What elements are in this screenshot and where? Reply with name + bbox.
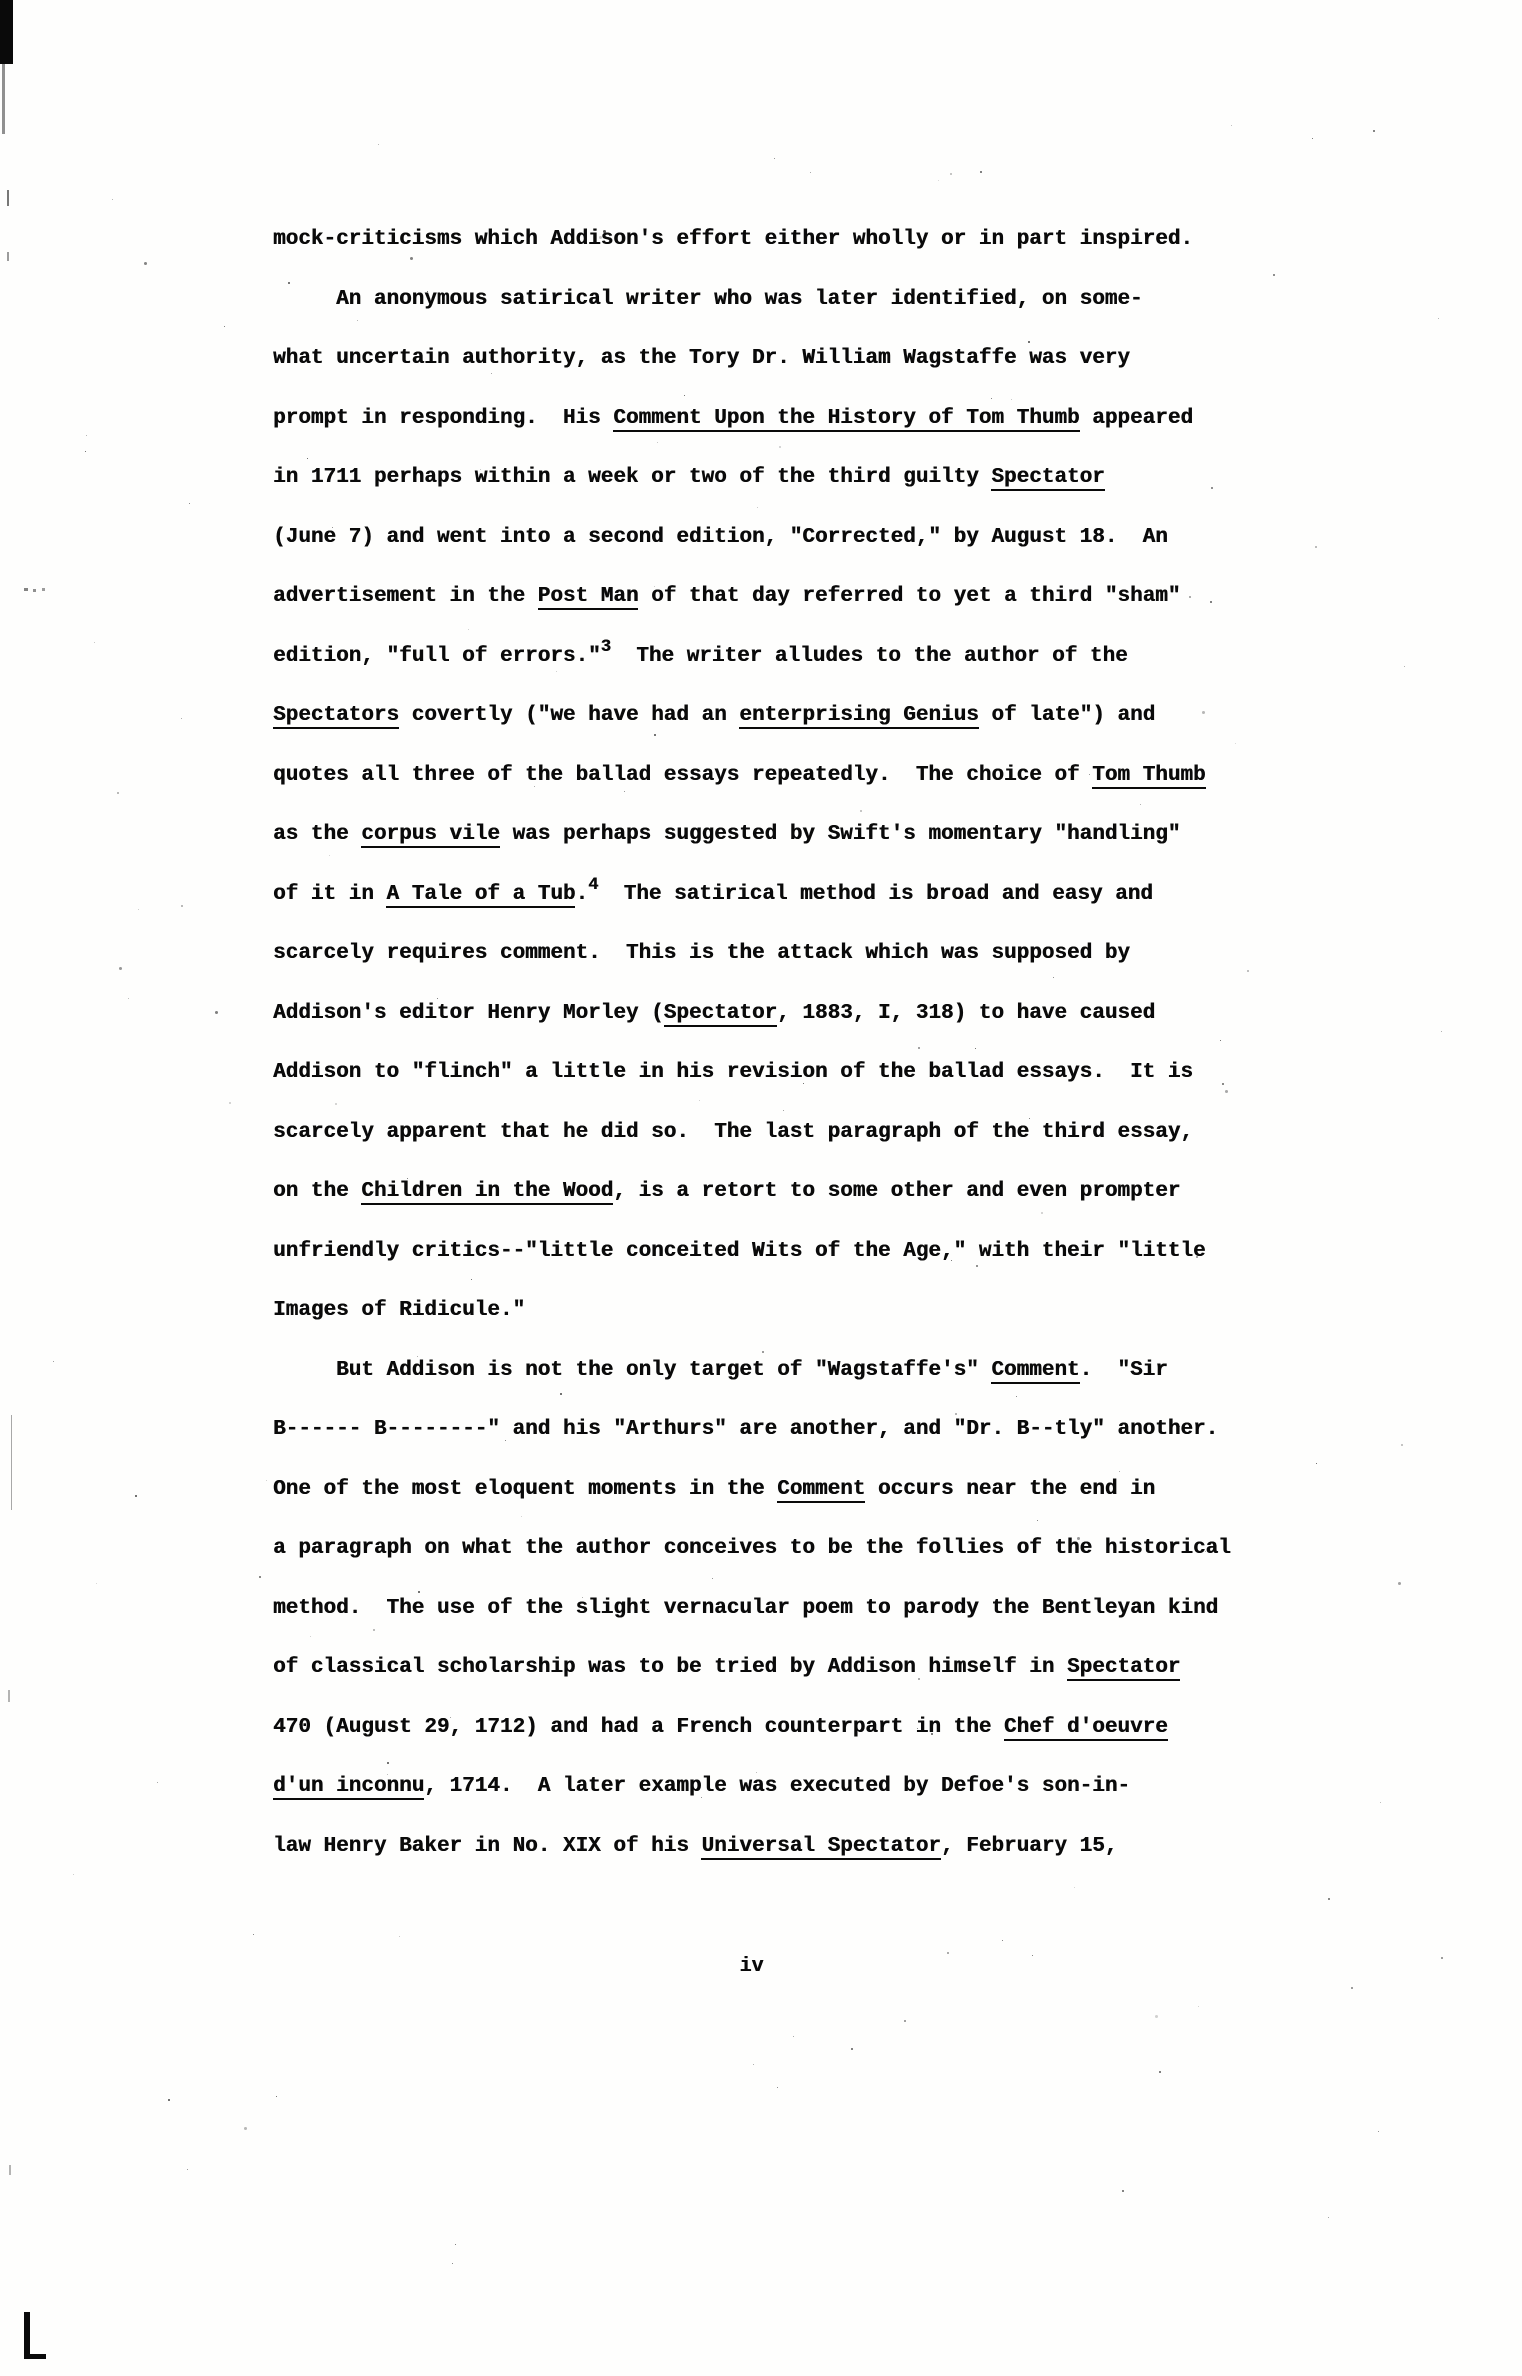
footnote-ref: 4	[588, 876, 598, 895]
text-segment: unfriendly critics--"little conceited Wi…	[273, 1240, 1206, 1263]
text-line: Images of Ridicule."	[273, 1281, 1231, 1341]
text-segment: The satirical method is broad and easy a…	[598, 883, 1153, 906]
scan-mark	[7, 252, 9, 261]
scan-speck	[259, 1576, 261, 1578]
scan-speck	[112, 199, 113, 200]
text-segment: of that day referred to yet a third "sha…	[638, 585, 1180, 608]
text-segment: edition, "full of errors."	[273, 645, 601, 668]
text-segment: mock-criticisms which Addison's effort e…	[273, 228, 1193, 251]
text-line: method. The use of the slight vernacular…	[273, 1579, 1231, 1639]
scan-speck	[181, 718, 182, 719]
underlined-title-text: Universal Spectator	[701, 1835, 940, 1860]
text-segment: , 1883, I, 318) to have caused	[777, 1002, 1155, 1025]
scan-speck	[1373, 130, 1375, 132]
scan-speck	[73, 1874, 74, 1875]
text-line: scarcely requires comment. This is the a…	[273, 924, 1231, 984]
scan-speck	[1328, 1898, 1330, 1900]
text-line: advertisement in the Post Man of that da…	[273, 567, 1231, 627]
scan-speck	[138, 909, 139, 910]
scan-speck	[181, 905, 183, 907]
text-segment: , 1714. A later example was executed by …	[424, 1775, 1130, 1798]
scan-speck	[1074, 1887, 1075, 1888]
underlined-title-text: Comment Upon the History of Tom Thumb	[613, 407, 1079, 432]
scan-speck	[1235, 743, 1236, 744]
scan-speck	[851, 2048, 853, 2050]
scan-speck	[950, 173, 952, 175]
text-line: prompt in responding. His Comment Upon t…	[273, 389, 1231, 449]
scan-speck	[266, 1480, 267, 1481]
scan-speck	[1378, 2131, 1379, 2132]
underlined-title-text: enterprising Genius	[739, 704, 978, 729]
text-line: Addison to "flinch" a little in his revi…	[273, 1043, 1231, 1103]
text-line: 470 (August 29, 1712) and had a French c…	[273, 1698, 1231, 1758]
scan-speck	[1398, 1582, 1401, 1585]
text-segment: appeared	[1080, 407, 1193, 430]
scan-speck	[187, 2169, 188, 2170]
document-body: mock-criticisms which Addison's effort e…	[273, 210, 1231, 1876]
scan-speck	[1002, 1940, 1003, 1941]
text-segment: (June 7) and went into a second edition,…	[273, 526, 1168, 549]
text-segment: , February 15,	[941, 1835, 1117, 1858]
text-segment: Images of Ridicule."	[273, 1299, 525, 1322]
text-line: An anonymous satirical writer who was la…	[273, 270, 1231, 330]
scan-speck	[1231, 125, 1232, 126]
scan-speck	[753, 2064, 754, 2065]
scan-mark	[8, 1690, 10, 1702]
footnote-ref: 3	[601, 638, 611, 657]
scan-speck	[938, 180, 939, 181]
text-line: unfriendly critics--"little conceited Wi…	[273, 1222, 1231, 1282]
scan-speck	[135, 1495, 137, 1497]
scan-mark	[24, 588, 28, 591]
scan-speck	[1159, 2071, 1161, 2073]
scan-speck	[793, 2036, 794, 2037]
scan-speck	[157, 1782, 158, 1783]
scan-mark	[33, 589, 36, 592]
text-segment: covertly ("we have had an	[399, 704, 739, 727]
scan-speck	[189, 503, 190, 504]
text-segment: The writer alludes to the author of the	[611, 645, 1128, 668]
text-segment: law Henry Baker in No. XIX of his	[273, 1835, 701, 1858]
underlined-title-text: d'un inconnu	[273, 1775, 424, 1800]
text-line: (June 7) and went into a second edition,…	[273, 508, 1231, 568]
text-line: of it in A Tale of a Tub.4 The satirical…	[273, 865, 1231, 925]
scan-speck	[947, 1952, 949, 1954]
scan-speck	[1198, 2006, 1199, 2007]
scan-artifact-bottom-left-mark	[24, 2312, 46, 2359]
text-line: as the corpus vile was perhaps suggested…	[273, 805, 1231, 865]
scan-artifact-top-left-bar	[0, 0, 13, 64]
underlined-title-text: A Tale of a Tub	[386, 883, 575, 908]
underlined-title-text: Tom Thumb	[1092, 764, 1205, 789]
text-segment: .	[575, 883, 588, 906]
scan-speck	[276, 2096, 277, 2097]
text-segment: of classical scholarship was to be tried…	[273, 1656, 1067, 1679]
text-segment: quotes all three of the ballad essays re…	[273, 764, 1092, 787]
underlined-title-text: Children in the Wood	[361, 1180, 613, 1205]
scan-mark	[7, 190, 9, 206]
scan-speck	[1155, 2015, 1158, 2018]
scan-speck	[229, 1102, 231, 1104]
underlined-title-text: Spectators	[273, 704, 399, 729]
text-segment: method. The use of the slight vernacular…	[273, 1597, 1218, 1620]
text-line: mock-criticisms which Addison's effort e…	[273, 210, 1231, 270]
scan-speck	[224, 326, 225, 327]
scan-speck	[1438, 318, 1439, 319]
underlined-title-text: Spectator	[1067, 1656, 1180, 1681]
scan-speck	[1315, 546, 1317, 548]
text-segment: a paragraph on what the author conceives…	[273, 1537, 1231, 1560]
text-line: Spectators covertly ("we have had an ent…	[273, 686, 1231, 746]
scan-speck	[1401, 1444, 1403, 1446]
underlined-title-text: Comment	[991, 1359, 1079, 1384]
text-line: edition, "full of errors."3 The writer a…	[273, 627, 1231, 687]
text-segment: scarcely requires comment. This is the a…	[273, 942, 1130, 965]
scan-speck	[399, 1936, 400, 1937]
scan-mark	[42, 588, 45, 591]
text-line: what uncertain authority, as the Tory Dr…	[273, 329, 1231, 389]
text-segment: , is a retort to some other and even pro…	[613, 1180, 1180, 1203]
text-segment: An anonymous satirical writer who was la…	[336, 288, 1143, 311]
text-line: Addison's editor Henry Morley (Spectator…	[273, 984, 1231, 1044]
text-segment: of late") and	[979, 704, 1155, 727]
text-line: a paragraph on what the author conceives…	[273, 1519, 1231, 1579]
scan-speck	[244, 2127, 247, 2130]
text-segment: as the	[273, 823, 361, 846]
scan-speck	[1122, 2190, 1124, 2192]
scan-speck	[904, 2020, 906, 2022]
scan-speck	[774, 158, 775, 159]
text-line: scarcely apparent that he did so. The la…	[273, 1103, 1231, 1163]
scan-speck	[168, 2099, 170, 2101]
text-line: on the Children in the Wood, is a retort…	[273, 1162, 1231, 1222]
underlined-title-text: Chef d'oeuvre	[1004, 1716, 1168, 1741]
scan-speck	[1351, 1987, 1353, 1989]
scan-speck	[53, 1361, 54, 1362]
scan-speck	[1273, 274, 1275, 276]
scan-speck	[1328, 2217, 1329, 2218]
scan-speck	[94, 642, 95, 643]
scan-speck	[253, 1934, 254, 1935]
text-segment: Addison's editor Henry Morley (	[273, 1002, 664, 1025]
scan-speck	[144, 262, 147, 265]
scan-speck	[452, 2263, 453, 2264]
scan-mark	[11, 1415, 12, 1510]
underlined-title-text: Spectator	[664, 1002, 777, 1027]
text-segment: . "Sir	[1080, 1359, 1168, 1382]
scanned-document: { "colors": { "ink": "#0a0a0a", "paper":…	[0, 0, 1522, 2376]
text-line: d'un inconnu, 1714. A later example was …	[273, 1757, 1231, 1817]
text-segment: on the	[273, 1180, 361, 1203]
text-segment: was perhaps suggested by Swift's momenta…	[500, 823, 1181, 846]
text-line: One of the most eloquent moments in the …	[273, 1460, 1231, 1520]
text-line: in 1711 perhaps within a week or two of …	[273, 448, 1231, 508]
text-line: of classical scholarship was to be tried…	[273, 1638, 1231, 1698]
scan-speck	[378, 144, 379, 145]
underlined-title-text: Comment	[777, 1478, 865, 1503]
scan-mark	[9, 2165, 11, 2175]
text-segment: Addison to "flinch" a little in his revi…	[273, 1061, 1193, 1084]
text-line: But Addison is not the only target of "W…	[273, 1341, 1231, 1401]
scan-speck	[1441, 1031, 1442, 1032]
scan-speck	[1312, 138, 1313, 139]
scan-speck	[1316, 1463, 1317, 1464]
text-segment: B------ B--------" and his "Arthurs" are…	[273, 1418, 1218, 1441]
scan-speck	[1404, 666, 1405, 667]
underlined-title-text: Spectator	[991, 466, 1104, 491]
text-segment: prompt in responding. His	[273, 407, 613, 430]
scan-artifact-edge-line	[2, 64, 5, 134]
scan-speck	[117, 792, 119, 794]
scan-speck	[980, 171, 982, 173]
scan-speck	[85, 451, 86, 452]
text-segment: scarcely apparent that he did so. The la…	[273, 1121, 1193, 1144]
document-page: mock-criticisms which Addison's effort e…	[0, 0, 1522, 2376]
scan-speck	[1247, 970, 1249, 972]
text-segment: advertisement in the	[273, 585, 538, 608]
text-segment: in 1711 perhaps within a week or two of …	[273, 466, 991, 489]
scan-speck	[96, 1583, 97, 1584]
underlined-title-text: Post Man	[538, 585, 639, 610]
scan-speck	[455, 2244, 456, 2245]
scan-speck	[119, 967, 122, 970]
scan-speck	[1380, 1802, 1381, 1803]
scan-speck	[777, 2087, 778, 2088]
scan-speck	[128, 998, 129, 999]
text-line: quotes all three of the ballad essays re…	[273, 746, 1231, 806]
text-line: law Henry Baker in No. XIX of his Univer…	[273, 1817, 1231, 1877]
text-segment: what uncertain authority, as the Tory Dr…	[273, 347, 1130, 370]
text-line: B------ B--------" and his "Arthurs" are…	[273, 1400, 1231, 1460]
text-segment: occurs near the end in	[865, 1478, 1155, 1501]
text-segment: But Addison is not the only target of "W…	[336, 1359, 991, 1382]
text-segment: of it in	[273, 883, 386, 906]
scan-speck	[810, 172, 811, 173]
underlined-title-text: corpus vile	[361, 823, 500, 848]
text-segment: 470 (August 29, 1712) and had a French c…	[273, 1716, 1004, 1739]
page-number: iv	[273, 1955, 1230, 1978]
text-segment: One of the most eloquent moments in the	[273, 1478, 777, 1501]
scan-speck	[215, 1011, 218, 1014]
scan-speck	[86, 435, 87, 436]
scan-speck	[1441, 1957, 1443, 1959]
